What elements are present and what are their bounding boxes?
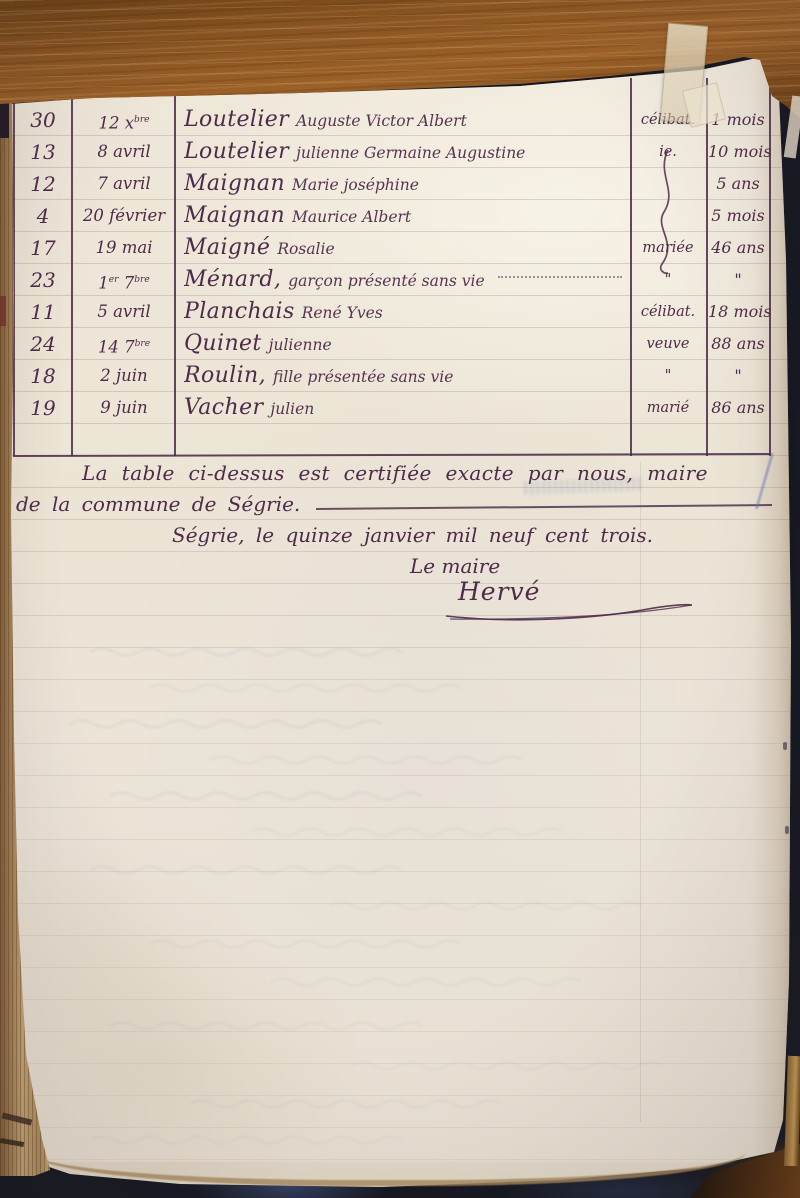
register-photo: 30 12 xbre Loutelier Auguste Victor Albe… — [0, 0, 800, 1198]
row-given-names: julienne Germaine Augustine — [296, 137, 525, 168]
row-surname: Vacher — [184, 392, 263, 424]
row-death-date: 2 juin — [76, 360, 172, 392]
certification-filler-rule — [316, 504, 772, 510]
row-given-names: René Yves — [302, 297, 383, 328]
row-marital-status: marié — [632, 392, 704, 424]
row-name-cell: Vacher julien — [184, 392, 628, 424]
binding-stitch — [783, 742, 787, 750]
row-name-cell: Quinet julienne — [184, 328, 628, 360]
row-death-date: 14 7bre — [76, 328, 172, 364]
row-surname: Loutelier — [184, 104, 289, 136]
row-age: " — [708, 360, 768, 392]
certification-line-2: de la commune de Ségrie. — [16, 492, 300, 516]
row-given-names: Rosalie — [277, 233, 334, 264]
row-name-cell: Loutelier Auguste Victor Albert — [184, 104, 628, 136]
page-content: 30 12 xbre Loutelier Auguste Victor Albe… — [0, 0, 800, 1198]
row-death-date: 20 février — [76, 200, 172, 232]
blue-pencil-mark — [755, 453, 774, 510]
row-age: 86 ans — [708, 392, 768, 424]
row-age: " — [708, 264, 768, 296]
signer-title: Le maire — [410, 554, 500, 578]
row-surname: Maignan — [184, 200, 285, 232]
binding-red-speck — [0, 296, 6, 326]
row-death-date: 9 juin — [76, 392, 172, 424]
row-age: 88 ans — [708, 328, 768, 360]
row-surname: Maignan — [184, 168, 285, 200]
row-surname: Roulin, — [184, 360, 266, 392]
row-death-date: 7 avril — [76, 168, 172, 200]
row-name-cell: Loutelier julienne Germaine Augustine — [184, 136, 628, 168]
row-act-number: 11 — [18, 296, 68, 328]
row-act-number: 30 — [18, 104, 68, 136]
row-act-number: 13 — [18, 136, 68, 168]
row-marital-status: célibat. — [632, 296, 704, 328]
row-given-names: fille présentée sans vie — [273, 361, 453, 392]
table-row: 11 5 avril Planchais René Yves célibat. … — [0, 296, 800, 328]
row-name-cell: Roulin, fille présentée sans vie — [184, 360, 628, 392]
table-border-bottom — [13, 453, 771, 457]
table-row: 24 14 7bre Quinet julienne veuve 88 ans — [0, 328, 800, 360]
row-age: 46 ans — [708, 232, 768, 264]
row-death-date: 8 avril — [76, 136, 172, 168]
row-given-names: julienne — [269, 329, 332, 360]
row-name-cell: Maigné Rosalie — [184, 232, 628, 264]
table-row: 18 2 juin Roulin, fille présentée sans v… — [0, 360, 800, 392]
row-given-names: Maurice Albert — [292, 201, 411, 232]
book-cover-edge — [784, 1056, 800, 1166]
row-name-cell: Ménard, garçon présenté sans vie — [184, 264, 628, 296]
table-row: 19 9 juin Vacher julien marié 86 ans — [0, 392, 800, 424]
row-act-number: 4 — [18, 200, 68, 232]
row-act-number: 18 — [18, 360, 68, 392]
pencil-smudge — [524, 477, 642, 495]
row-marital-status: " — [632, 360, 704, 392]
row-death-date: 1er 7bre — [76, 264, 172, 300]
row-act-number: 19 — [18, 392, 68, 424]
row-given-names: garçon présenté sans vie — [288, 265, 484, 296]
row-act-number: 12 — [18, 168, 68, 200]
dotted-filler — [498, 276, 622, 278]
row-surname: Loutelier — [184, 136, 289, 168]
ditto-brace-icon — [648, 146, 688, 278]
row-surname: Ménard, — [184, 264, 281, 296]
row-name-cell: Maignan Marie joséphine — [184, 168, 628, 200]
bleedthrough-column-line — [640, 462, 641, 1122]
row-marital-status: veuve — [632, 328, 704, 360]
row-surname: Quinet — [184, 328, 262, 360]
date-place-line: Ségrie, le quinze janvier mil neuf cent … — [172, 523, 653, 547]
row-act-number: 23 — [18, 264, 68, 296]
row-death-date: 19 mai — [76, 232, 172, 264]
row-given-names: julien — [270, 393, 314, 424]
row-surname: Maigné — [184, 232, 270, 264]
signature-flourish — [438, 599, 700, 625]
row-given-names: Auguste Victor Albert — [296, 105, 467, 136]
row-name-cell: Planchais René Yves — [184, 296, 628, 328]
row-age: 10 mois — [708, 136, 768, 168]
row-given-names: Marie joséphine — [292, 169, 419, 200]
row-death-date: 12 xbre — [76, 104, 172, 140]
row-age: 5 mois — [708, 200, 768, 232]
binding-stitch — [785, 826, 789, 834]
row-age: 5 ans — [708, 168, 768, 200]
row-age: 18 mois — [708, 296, 768, 328]
row-name-cell: Maignan Maurice Albert — [184, 200, 628, 232]
row-act-number: 24 — [18, 328, 68, 360]
row-surname: Planchais — [184, 296, 295, 328]
row-act-number: 17 — [18, 232, 68, 264]
row-death-date: 5 avril — [76, 296, 172, 328]
